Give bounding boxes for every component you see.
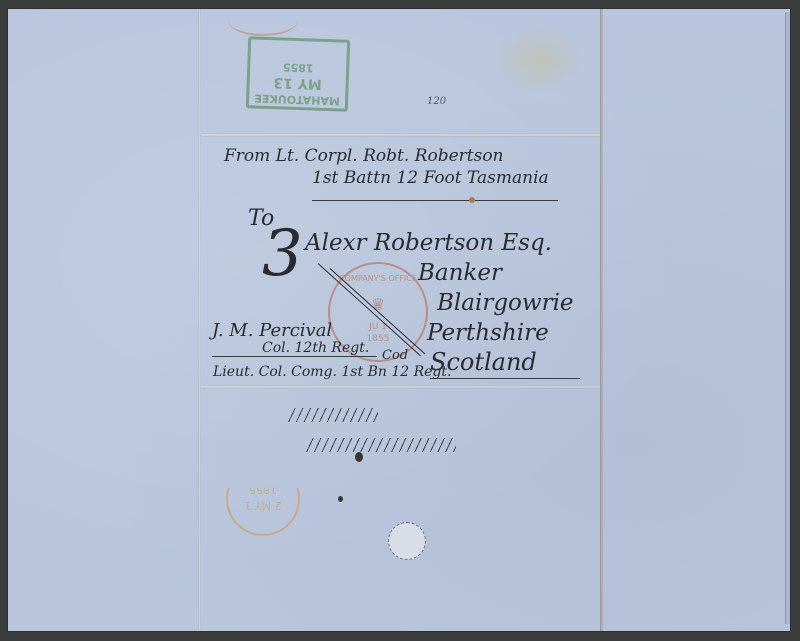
wax-seal (388, 522, 426, 560)
address-line-2: Banker (418, 260, 502, 286)
endorsement-title: Col. 12th Regt. (262, 340, 369, 356)
sheet-edge (785, 12, 790, 624)
cancelled-scribble (306, 438, 456, 452)
cancelled-scribble (288, 408, 378, 422)
ink-blot (355, 452, 363, 462)
address-line-3: Blairgowrie (437, 290, 574, 316)
boxed-postmark: MAHATOUKEE MY 13 1855 (246, 36, 350, 112)
fold-line-right (600, 9, 603, 631)
scotland-underline (430, 378, 580, 379)
fold-line-bottom (201, 385, 600, 389)
endorsement-rule (212, 356, 377, 357)
boxed-postmark-line: MAHATOUKEE (249, 89, 345, 108)
address-line-4: Perthshire (427, 320, 549, 346)
rate-marking: 3 (262, 222, 303, 286)
back-postmark-line: 2 MY 1 (228, 499, 298, 512)
endorsement-certification: Lieut. Col. Comg. 1st Bn 12 Regt. (213, 364, 451, 380)
endorsement-signature: J. M. Percival (212, 320, 332, 341)
paper-stain (495, 25, 585, 95)
endorsement-note: Cod (382, 348, 408, 363)
ink-blot (469, 197, 475, 203)
docket-number: 120 (427, 96, 446, 107)
partial-postmark-arc (228, 4, 298, 36)
sender-underline (312, 200, 558, 201)
sender-line-2: 1st Battn 12 Foot Tasmania (312, 168, 549, 188)
address-line-1: Alexr Robertson Esq. (305, 230, 552, 256)
postmark-date: JU 1 (330, 322, 426, 332)
sender-line-1: From Lt. Corpl. Robt. Robertson (224, 146, 504, 166)
ink-blot (338, 496, 343, 502)
fold-line-left (198, 9, 201, 631)
fold-line-top (201, 133, 600, 137)
boxed-postmark-line: 1855 (250, 57, 346, 76)
